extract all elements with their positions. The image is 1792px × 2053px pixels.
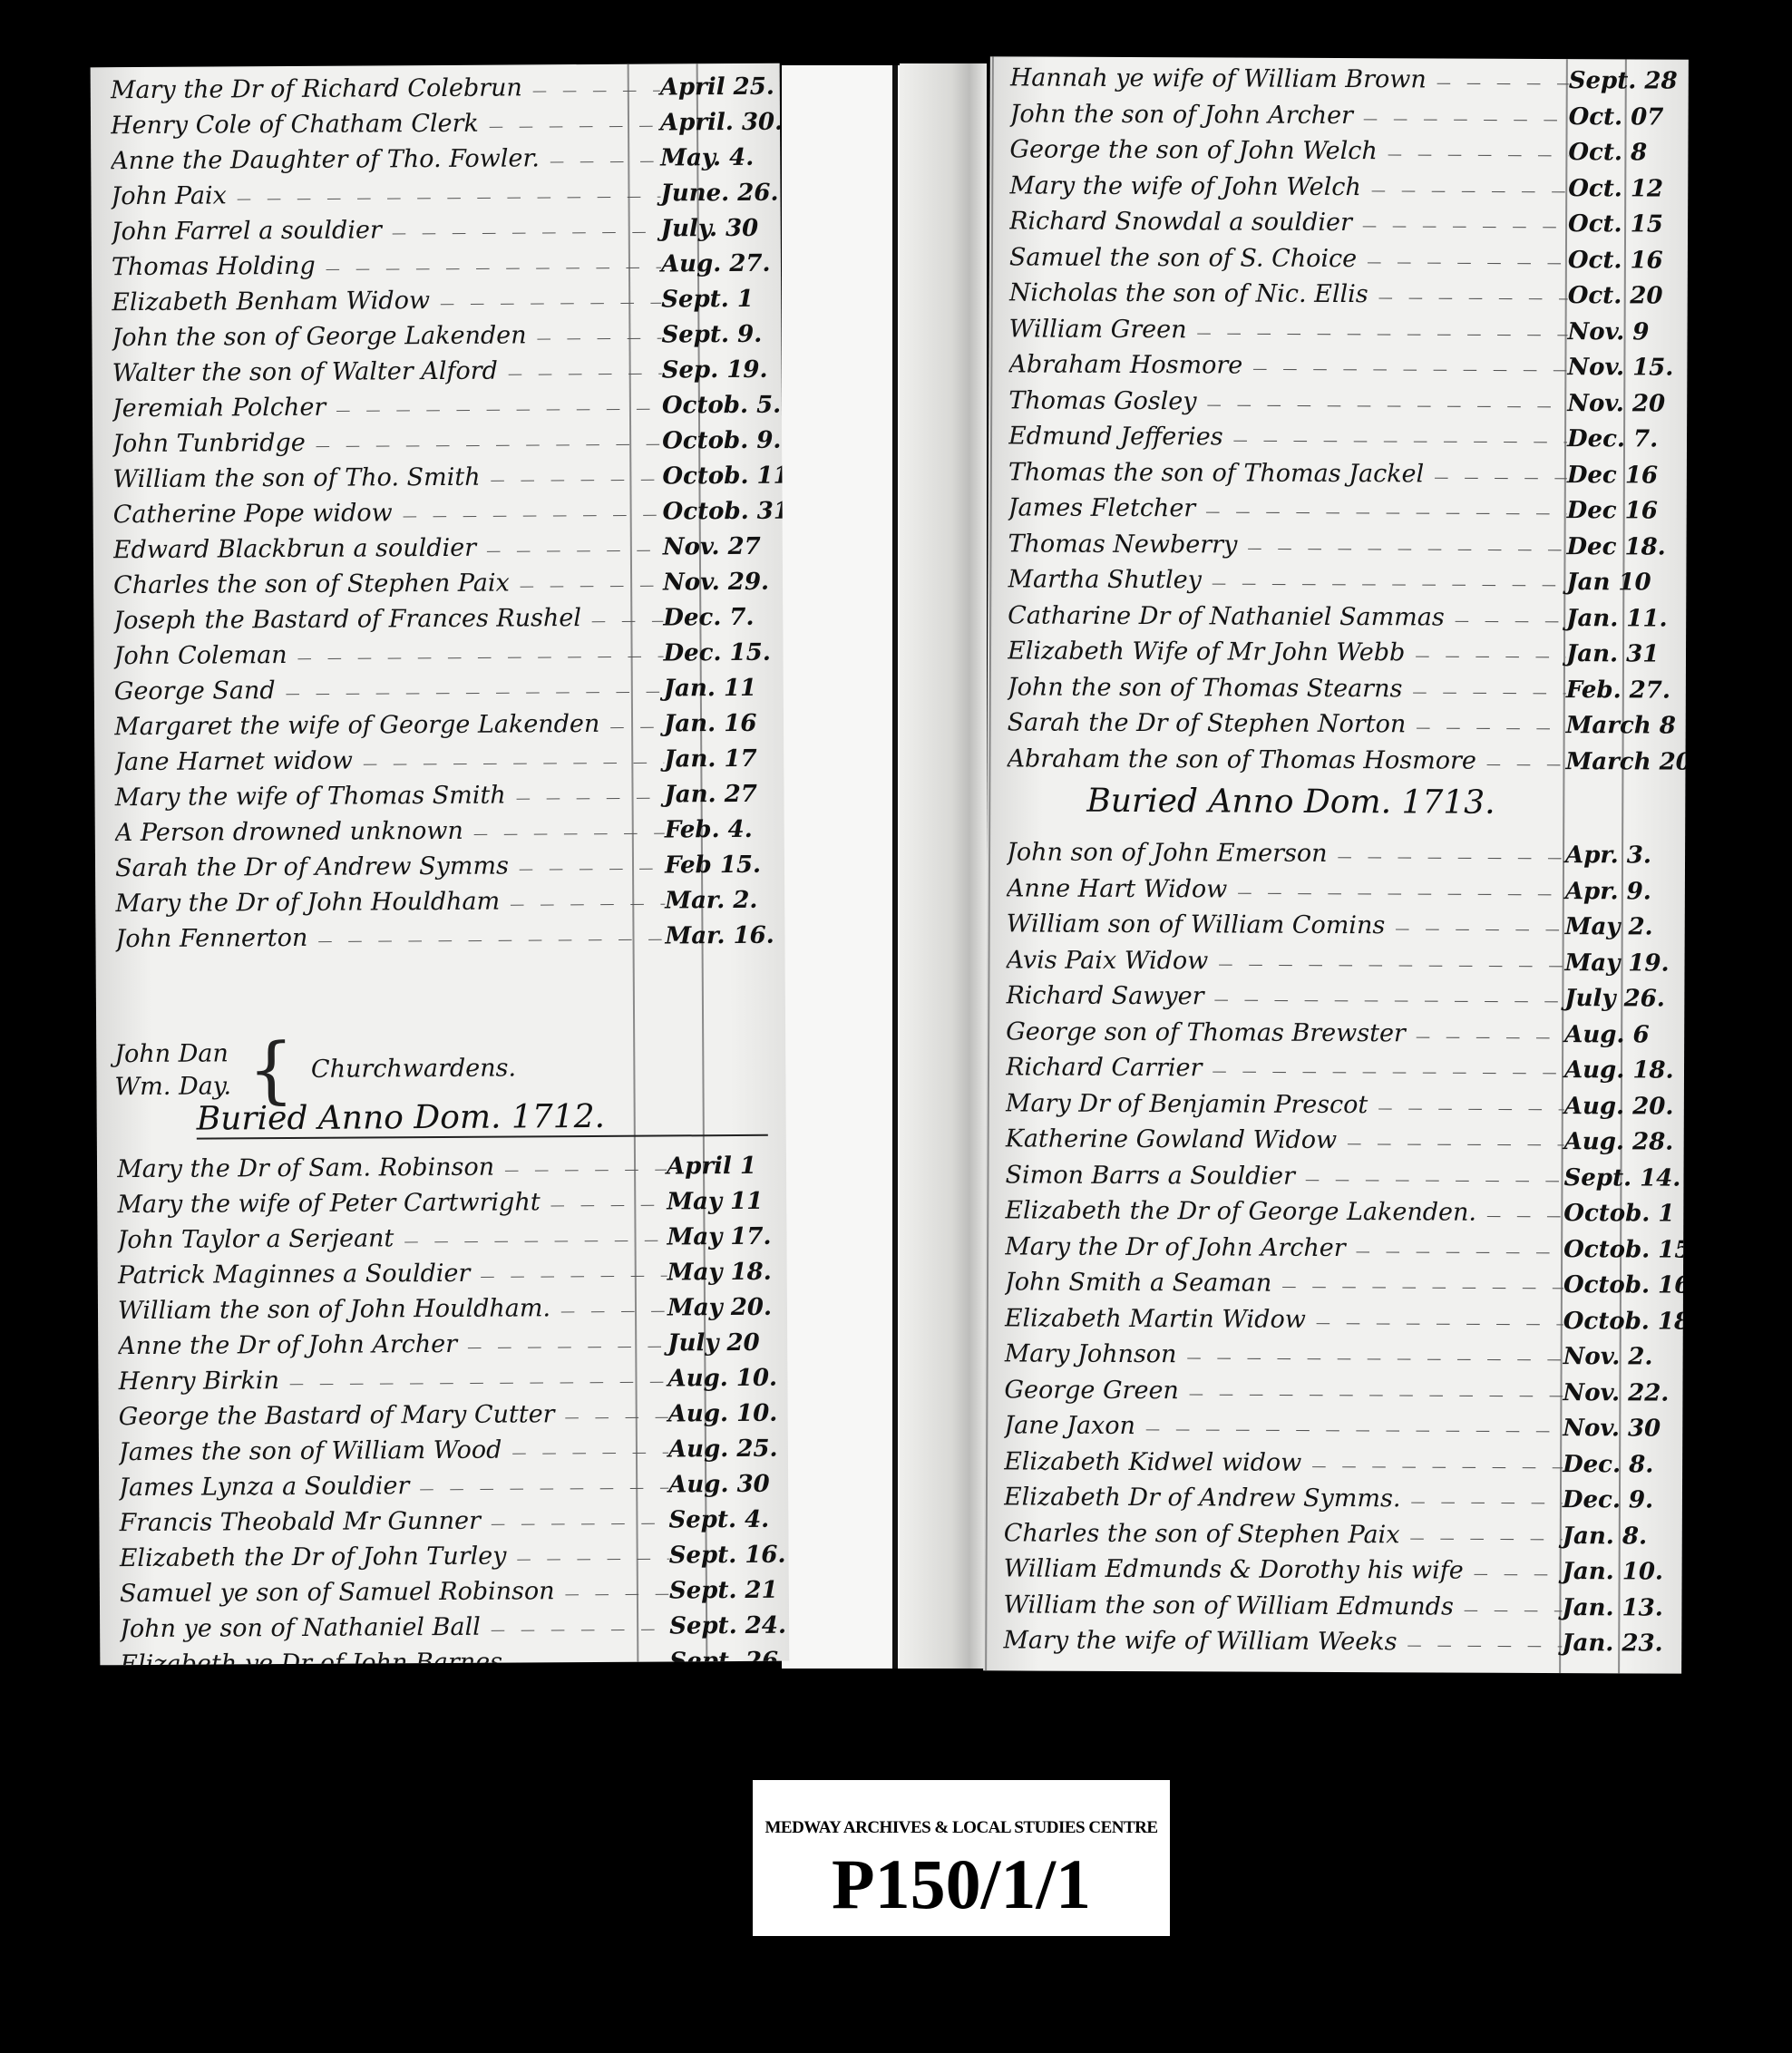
burial-entry-date: May. 4. [660,144,771,172]
burial-entry-date: Nov. 20 [1567,390,1678,418]
burial-entry: Francis Theobald Mr GunnerSept. 4. [119,1505,779,1544]
burial-entry: Sarah the Dr of Stephen NortonMarch 8 [1008,708,1677,747]
burial-entry: William the son of Tho. SmithOctob. 11. [112,462,773,501]
burial-entry-name: William Green [1009,315,1568,345]
burial-entry-date: Oct. 07 [1569,103,1680,131]
burial-entry-name: John Coleman [113,638,663,670]
burial-entry-name: Mary the wife of Peter Cartwright [117,1187,667,1219]
burial-entry-name: Margaret the wife of George Lakenden [114,709,664,741]
burial-entry-name: John Fennerton [115,921,665,953]
burial-entry-date: Dec. 7. [663,604,774,632]
burial-entry-date: July. 30 [661,215,772,243]
burial-entry-date: July 20 [667,1329,778,1357]
burial-entry: Elizabeth Kidwel widowDec. 8. [1004,1447,1673,1486]
burial-entry-date: Mar. 16. [665,922,775,950]
burial-entry-name: Catherine Pope widow [113,497,663,529]
burial-entry-name: William the son of William Edmunds [1003,1591,1562,1621]
burial-entry-name: Richard Snowdal a souldier [1009,207,1568,238]
burial-entry-name: James the son of William Wood [119,1435,668,1466]
burial-entry-date: Jan. 27 [664,781,774,809]
archive-reference-number: P150/1/1 [753,1844,1170,1925]
burial-entry-name: Edward Blackbrun a souldier [113,532,663,564]
burial-entry-name: Mary Johnson [1005,1339,1563,1370]
burial-entry-name: John the son of John Archer [1010,100,1569,131]
burial-entry-name: Abraham the son of Thomas Hosmore [1007,744,1565,775]
burial-entry-name: Charles the son of Stephen Paix [113,568,663,599]
burial-entry-name: John ye son of Nathaniel Ball [120,1611,669,1643]
burial-entry-name: George son of Thomas Brewster [1006,1017,1564,1048]
burial-entry: Mary the wife of John WelchOct. 12 [1009,171,1679,210]
burial-entry: Abraham HosmoreNov. 15. [1008,350,1678,389]
burial-entry-date: Octob. 5. [662,392,773,420]
burial-entry-date: Jan. 11 [664,675,774,703]
burial-entry-date: March 20 [1565,748,1676,776]
binding-gutter-right [900,63,987,1669]
burial-entry: Nicholas the son of Nic. EllisOct. 20 [1009,278,1679,317]
burial-entry: Mary the wife of Thomas SmithJan. 27 [114,780,774,819]
burial-entry-date: May 20. [667,1294,778,1322]
burial-entry-date: Dec 16 [1567,462,1678,490]
churchwarden-name: Wm. Day. [114,1072,231,1101]
burial-entry-name: Richard Carrier [1006,1053,1564,1084]
burial-entry-date: May 17. [667,1223,777,1251]
burial-entry: William the son of John Houldham.May 20. [118,1293,778,1332]
burial-entry: Samuel the son of S. ChoiceOct. 16 [1009,243,1679,282]
burial-entry: John the son of George LakendenSept. 9. [112,320,772,359]
churchwarden-name: John Dan [114,1039,229,1068]
burial-entry: Mary Dr of Benjamin PrescotAug. 20. [1006,1089,1675,1128]
burial-entry-date: Aug. 20. [1564,1093,1675,1121]
burial-entry: James the son of William WoodAug. 25. [119,1435,779,1474]
burial-entry-name: Abraham Hosmore [1008,350,1567,381]
burial-entry: Elizabeth ye Dr of John BarnesSept. 26. [120,1647,780,1666]
burial-entry-date: Oct. 12 [1568,175,1679,203]
burial-entry-date: March 8 [1566,712,1677,740]
burial-entry-date: Dec. 8. [1563,1451,1673,1479]
archive-reference-label: MEDWAY ARCHIVES & LOCAL STUDIES CENTRE P… [753,1780,1170,1936]
burial-entry-date: Aug. 30 [668,1471,779,1499]
burial-entry-date: Feb. 4. [665,816,775,844]
burial-entry-date: Jan. 17 [664,745,774,774]
burial-entry: Henry Cole of Chatham ClerkApril. 30. [111,108,771,147]
burial-entry-date: Nov. 22. [1563,1379,1673,1407]
burial-entry-name: Jane Harnet widow [114,744,664,776]
burial-entry-date: Sept. 24. [669,1612,780,1640]
burial-entry-name: Anne the Daughter of Tho. Fowler. [111,143,660,175]
burial-entry-name: Katherine Gowland Widow [1006,1124,1564,1155]
burial-entry-name: Sarah the Dr of Andrew Symms [115,851,665,882]
burial-entry-name: Thomas Gosley [1008,386,1567,417]
burial-entry: A Person drowned unknownFeb. 4. [115,815,775,854]
burial-entry-date: Sept. 4. [668,1506,779,1534]
burial-entry-date: Octob. 9. [662,427,773,455]
burial-entry-date: Jan. 10. [1563,1558,1673,1586]
burial-entry-date: May 18. [667,1259,778,1287]
burial-entry: Mary the wife of Peter CartwrightMay 11 [117,1187,777,1226]
burial-entry-date: April 25. [660,73,771,102]
left-register-page: Mary the Dr of Richard ColebrunApril 25.… [91,63,790,1666]
burial-entry-date: Apr. 9. [1565,878,1676,906]
burial-entry-date: Aug. 10. [668,1400,779,1428]
burial-entry-date: Octob. 18. [1563,1308,1674,1336]
burial-entry-date: Octob. 31 [663,498,774,526]
burial-entry-name: Thomas Newberry [1008,530,1566,560]
burial-entry-name: William Edmunds & Dorothy his wife [1004,1554,1563,1585]
burial-entry-name: Nicholas the son of Nic. Ellis [1009,278,1568,309]
burial-entry: Hannah ye wife of William BrownSept. 28 [1010,63,1680,102]
burial-entry-date: Dec. 9. [1563,1486,1673,1514]
burial-entry: William Edmunds & Dorothy his wifeJan. 1… [1004,1554,1673,1593]
burial-entry: Katherine Gowland WidowAug. 28. [1006,1124,1675,1163]
burial-entry-name: Elizabeth Martin Widow [1005,1304,1563,1335]
burial-entry: Martha ShutleyJan 10 [1008,565,1677,604]
burial-entry-date: Octob. 11. [662,462,773,491]
burial-entry-name: Mary Dr of Benjamin Prescot [1006,1089,1564,1120]
burial-entry-name: Jeremiah Polcher [112,391,662,423]
burial-entry-date: Dec. 15. [663,639,774,667]
burial-entry-date: May 19. [1564,949,1675,978]
burial-entry: Richard Snowdal a souldierOct. 15 [1009,207,1679,246]
burial-entry-name: George the son of John Welch [1009,135,1568,166]
burial-entry-date: Jan. 16 [664,710,774,738]
burial-entry: William GreenNov. 9 [1008,315,1678,354]
burial-entry-name: John Smith a Seaman [1005,1268,1563,1299]
burial-entry-date: Jan 10 [1566,569,1677,597]
burial-entry-date: Mar. 2. [665,887,775,915]
burial-entry: John Taylor a SerjeantMay 17. [117,1222,777,1261]
binding-fold-line [892,65,898,1669]
burial-entry-name: John the son of George Lakenden [112,320,661,352]
churchwardens-title: Churchwardens. [311,1054,516,1083]
burial-entry-date: Oct. 16 [1568,247,1679,275]
burial-entry-date: Sept. 9. [661,321,772,349]
burial-entry: Charles the son of Stephen PaixJan. 8. [1004,1519,1673,1558]
burial-entry: John Smith a SeamanOctob. 16. [1005,1268,1674,1307]
burial-entry: George son of Thomas BrewsterAug. 6 [1006,1017,1675,1056]
burial-list-1712-continued: Hannah ye wife of William BrownSept. 28J… [1007,63,1679,783]
burial-entry-name: Elizabeth Kidwel widow [1004,1447,1563,1478]
burial-entry: Catherine Pope widowOctob. 31 [113,497,774,536]
burial-entry-date: Jan. 13. [1562,1594,1672,1622]
burial-entry-name: George Sand [114,674,664,705]
burial-entry-name: Henry Birkin [118,1364,667,1396]
burial-list-1711: Mary the Dr of Richard ColebrunApril 25.… [111,73,776,960]
burial-entry-date: Dec 16 [1567,497,1678,525]
burial-entry-name: Thomas the son of Thomas Jackel [1008,458,1567,489]
burial-entry: Elizabeth Benham WidowSept. 1 [112,285,772,324]
burial-entry-name: William son of William Comins [1007,910,1565,940]
burial-entry-name: William the son of John Houldham. [118,1293,667,1325]
churchwarden-names: John Dan Wm. Day. [114,1037,231,1104]
burial-entry-date: Aug. 6 [1564,1021,1675,1049]
burial-entry-name: Sarah the Dr of Stephen Norton [1008,708,1566,739]
burial-entry-name: John Tunbridge [112,426,662,458]
burial-entry: Margaret the wife of George LakendenJan.… [114,709,774,748]
burial-entry-name: George the Bastard of Mary Cutter [119,1399,668,1431]
burial-entry-date: Aug. 18. [1564,1056,1675,1085]
burial-entry: Richard SawyerJuly 26. [1006,981,1675,1020]
burial-entry: Jane Harnet widowJan. 17 [114,744,774,783]
burial-entry-date: Sept. 28 [1569,67,1680,95]
right-register-page: Hannah ye wife of William BrownSept. 28J… [983,56,1689,1673]
burial-entry-name: Samuel the son of S. Choice [1009,243,1568,274]
burial-entry: John ye son of Nathaniel BallSept. 24. [120,1611,780,1650]
burial-entry: Walter the son of Walter AlfordSep. 19. [112,355,773,394]
burial-entry-name: Simon Barrs a Souldier [1005,1161,1563,1192]
burial-entry-name: Martha Shutley [1008,565,1566,596]
burial-entry-name: John Taylor a Serjeant [117,1222,667,1254]
burial-entry-date: Jan. 31 [1566,640,1677,668]
burial-entry: Simon Barrs a SouldierSept. 14. [1005,1161,1674,1200]
burial-entry: Jane JaxonNov. 30 [1004,1411,1673,1450]
burial-entry-date: Nov. 27 [663,533,774,561]
burial-entry-name: Elizabeth Wife of Mr John Webb [1008,637,1566,667]
burial-entry-date: Nov. 29. [663,569,774,597]
burial-entry: Elizabeth the Dr of John TurleySept. 16. [120,1541,780,1580]
burial-entry-name: Thomas Holding [112,249,661,281]
burial-entry-name: Richard Sawyer [1006,981,1564,1012]
burial-entry-name: A Person drowned unknown [115,815,665,847]
burial-entry: Thomas NewberryDec 18. [1008,530,1677,569]
burial-entry: Avis Paix WidowMay 19. [1006,946,1675,985]
burial-entry: Mary the wife of William WeeksJan. 23. [1003,1626,1672,1665]
burial-entry: Patrick Maginnes a SouldierMay 18. [118,1258,778,1297]
burial-entry: Abraham the son of Thomas HosmoreMarch 2… [1007,744,1676,783]
burial-entry-name: Mary the wife of John Welch [1009,171,1568,202]
burial-entry-name: Walter the son of Walter Alford [112,355,662,387]
burial-entry-date: Octob. 1 [1563,1200,1674,1228]
burial-entry-date: May 2. [1565,913,1676,941]
burial-entry: Mary the Dr of John HouldhamMar. 2. [115,886,775,925]
burial-entry-date: Octob. 15. [1563,1236,1674,1264]
burial-entry: William son of William CominsMay 2. [1007,910,1676,949]
burial-entry-date: Jan. 11. [1566,605,1677,633]
burial-entry: Anne Hart WidowApr. 9. [1007,874,1676,913]
burial-entry-date: Dec. 7. [1567,425,1678,453]
burial-entry-name: Henry Cole of Chatham Clerk [111,109,660,141]
burial-entry-name: Mary the Dr of John Archer [1005,1232,1563,1263]
burial-entry-date: Sept. 16. [669,1542,780,1570]
burial-entry-name: James Fletcher [1008,493,1567,524]
burial-entry-name: Jane Jaxon [1004,1411,1563,1442]
burial-entry: Thomas the son of Thomas JackelDec 16 [1008,458,1678,497]
burial-entry: James Lynza a SouldierAug. 30 [119,1470,779,1509]
burial-entry: Mary the Dr of Richard ColebrunApril 25. [111,73,771,112]
burial-entry: Mary the Dr of John ArcherOctob. 15. [1005,1232,1674,1271]
burial-entry: Catharine Dr of Nathaniel SammasJan. 11. [1008,601,1677,640]
burial-entry-date: Octob. 16. [1563,1271,1674,1299]
burial-entry: James FletcherDec 16 [1008,493,1678,532]
burial-entry-date: Feb 15. [665,851,775,880]
burial-entry: Samuel ye son of Samuel RobinsonSept. 21 [120,1576,780,1615]
burial-entry-date: Nov. 9 [1568,318,1679,346]
burial-entry-date: Aug. 28. [1564,1128,1675,1156]
burial-entry-name: John son of John Emerson [1007,838,1565,869]
burial-entry-date: Nov. 15. [1567,354,1678,382]
burial-entry: John TunbridgeOctob. 9. [112,426,773,465]
burial-entry: John son of John EmersonApr. 3. [1007,838,1676,877]
burial-entry-name: Joseph the Bastard of Frances Rushel [113,603,663,635]
burial-entry-date: Nov. 30 [1563,1415,1673,1443]
burial-entry-name: Elizabeth Dr of Andrew Symms. [1004,1483,1563,1513]
archive-organisation: MEDWAY ARCHIVES & LOCAL STUDIES CENTRE [753,1818,1170,1838]
burial-entry-date: June. 26. [660,180,771,208]
burial-entry: Elizabeth Wife of Mr John WebbJan. 31 [1008,637,1677,676]
burial-entry-date: Aug. 27. [661,250,772,278]
burial-entry-date: Sept. 14. [1563,1164,1674,1192]
burial-list-1712: Mary the Dr of Sam. RobinsonApril 1Mary … [117,1152,781,1666]
burial-entry-date: Sept. 21 [669,1577,780,1605]
burial-entry-name: Patrick Maginnes a Souldier [118,1258,667,1289]
burial-entry: George the Bastard of Mary CutterAug. 10… [119,1399,779,1438]
burial-entry-name: John Paix [111,179,660,210]
burial-entry: George SandJan. 11 [114,674,774,713]
burial-entry-date: Oct. 8 [1568,139,1679,167]
burial-entry: John the son of John ArcherOct. 07 [1010,100,1680,139]
burial-entry: Anne the Dr of John ArcherJuly 20 [118,1328,778,1367]
burial-entry: Elizabeth Dr of Andrew Symms.Dec. 9. [1004,1483,1673,1522]
burial-entry: Sarah the Dr of Andrew SymmsFeb 15. [115,851,775,890]
burial-entry-date: Nov. 2. [1563,1343,1674,1371]
burial-entry-date: July 26. [1564,985,1675,1013]
burial-entry: Mary JohnsonNov. 2. [1005,1339,1674,1378]
burial-entry-name: George Green [1004,1376,1563,1406]
burial-entry-name: Elizabeth the Dr of George Lakenden. [1005,1196,1563,1227]
burial-entry-date: Apr. 3. [1565,842,1676,870]
burial-entry: Charles the son of Stephen PaixNov. 29. [113,568,774,607]
burial-entry-name: Elizabeth ye Dr of John Barnes [120,1647,669,1665]
burial-entry-name: Mary the Dr of Sam. Robinson [117,1152,667,1183]
burial-entry-name: John Farrel a souldier [112,214,661,246]
burial-list-1713: John son of John EmersonApr. 3.Anne Hart… [1003,838,1676,1665]
burial-entry-date: Sep. 19. [662,356,773,384]
burial-entry-name: Anne the Dr of John Archer [118,1328,667,1360]
burial-entry-date: April 1 [667,1153,777,1181]
burial-entry: Joseph the Bastard of Frances RushelDec.… [113,603,774,642]
burial-entry: Richard CarrierAug. 18. [1006,1053,1675,1092]
burial-entry: Elizabeth Martin WidowOctob. 18. [1005,1304,1674,1343]
burial-entry: George the son of John WelchOct. 8 [1009,135,1679,174]
burial-entry-date: Oct. 20 [1568,282,1679,310]
burial-entry: Thomas GosleyNov. 20 [1008,386,1678,425]
burial-entry-date: Sept. 1 [661,286,772,314]
burial-entry: John PaixJune. 26. [111,179,771,218]
burial-entry-name: Catharine Dr of Nathaniel Sammas [1008,601,1566,632]
burial-entry-name: Francis Theobald Mr Gunner [119,1505,668,1537]
burial-entry-name: James Lynza a Souldier [119,1470,668,1502]
burial-entry-date: Aug. 10. [667,1365,778,1393]
burial-entry: Edmund JefferiesDec. 7. [1008,422,1678,461]
burial-entry-name: John the son of Thomas Stearns [1008,673,1566,704]
burial-entry-date: Sept. 26. [669,1648,780,1666]
section-heading-1713: Buried Anno Dom. 1713. [1086,783,1495,822]
section-heading-1712: Buried Anno Dom. 1712. [197,1097,769,1140]
burial-entry-name: Charles the son of Stephen Paix [1004,1519,1563,1550]
burial-entry-date: Feb. 27. [1566,676,1677,705]
burial-entry-name: Mary the Dr of John Houldham [115,886,665,918]
burial-entry: Elizabeth the Dr of George Lakenden.Octo… [1005,1196,1674,1235]
burial-entry-date: Dec 18. [1566,533,1677,561]
burial-entry-date: Jan. 23. [1562,1630,1672,1658]
burial-entry-name: Mary the Dr of Richard Colebrun [111,73,660,105]
burial-entry-name: Anne Hart Widow [1007,874,1565,905]
burial-entry-name: Mary the wife of Thomas Smith [114,780,664,812]
burial-entry-name: Mary the wife of William Weeks [1003,1626,1562,1657]
burial-entry-date: Jan. 8. [1563,1523,1673,1551]
burial-entry: Edward Blackbrun a souldierNov. 27 [113,532,774,571]
burial-entry: Mary the Dr of Sam. RobinsonApril 1 [117,1152,777,1191]
burial-entry-date: Oct. 15 [1568,210,1679,238]
burial-entry-name: William the son of Tho. Smith [112,462,662,493]
burial-entry-name: Edmund Jefferies [1008,422,1567,452]
burial-entry-date: May 11 [667,1188,777,1216]
burial-entry-name: Samuel ye son of Samuel Robinson [120,1576,669,1608]
burial-entry-date: Aug. 25. [668,1435,779,1464]
burial-entry: Thomas HoldingAug. 27. [112,249,772,288]
burial-entry: Jeremiah PolcherOctob. 5. [112,391,773,430]
burial-entry: John FennertonMar. 16. [115,921,775,960]
burial-entry-name: Elizabeth Benham Widow [112,285,661,316]
burial-entry: William the son of William EdmundsJan. 1… [1003,1591,1672,1630]
burial-entry: John Farrel a souldierJuly. 30 [112,214,772,253]
burial-entry: John the son of Thomas StearnsFeb. 27. [1008,673,1677,712]
burial-entry: George GreenNov. 22. [1004,1376,1673,1415]
burial-entry-name: Elizabeth the Dr of John Turley [120,1541,669,1572]
burial-entry: John ColemanDec. 15. [113,638,774,677]
burial-entry-date: April. 30. [660,109,771,137]
burial-entry: Henry BirkinAug. 10. [118,1364,778,1403]
burial-entry: Anne the Daughter of Tho. Fowler.May. 4. [111,143,771,182]
burial-entry-name: Hannah ye wife of William Brown [1010,63,1569,94]
burial-entry-name: Avis Paix Widow [1006,946,1564,977]
